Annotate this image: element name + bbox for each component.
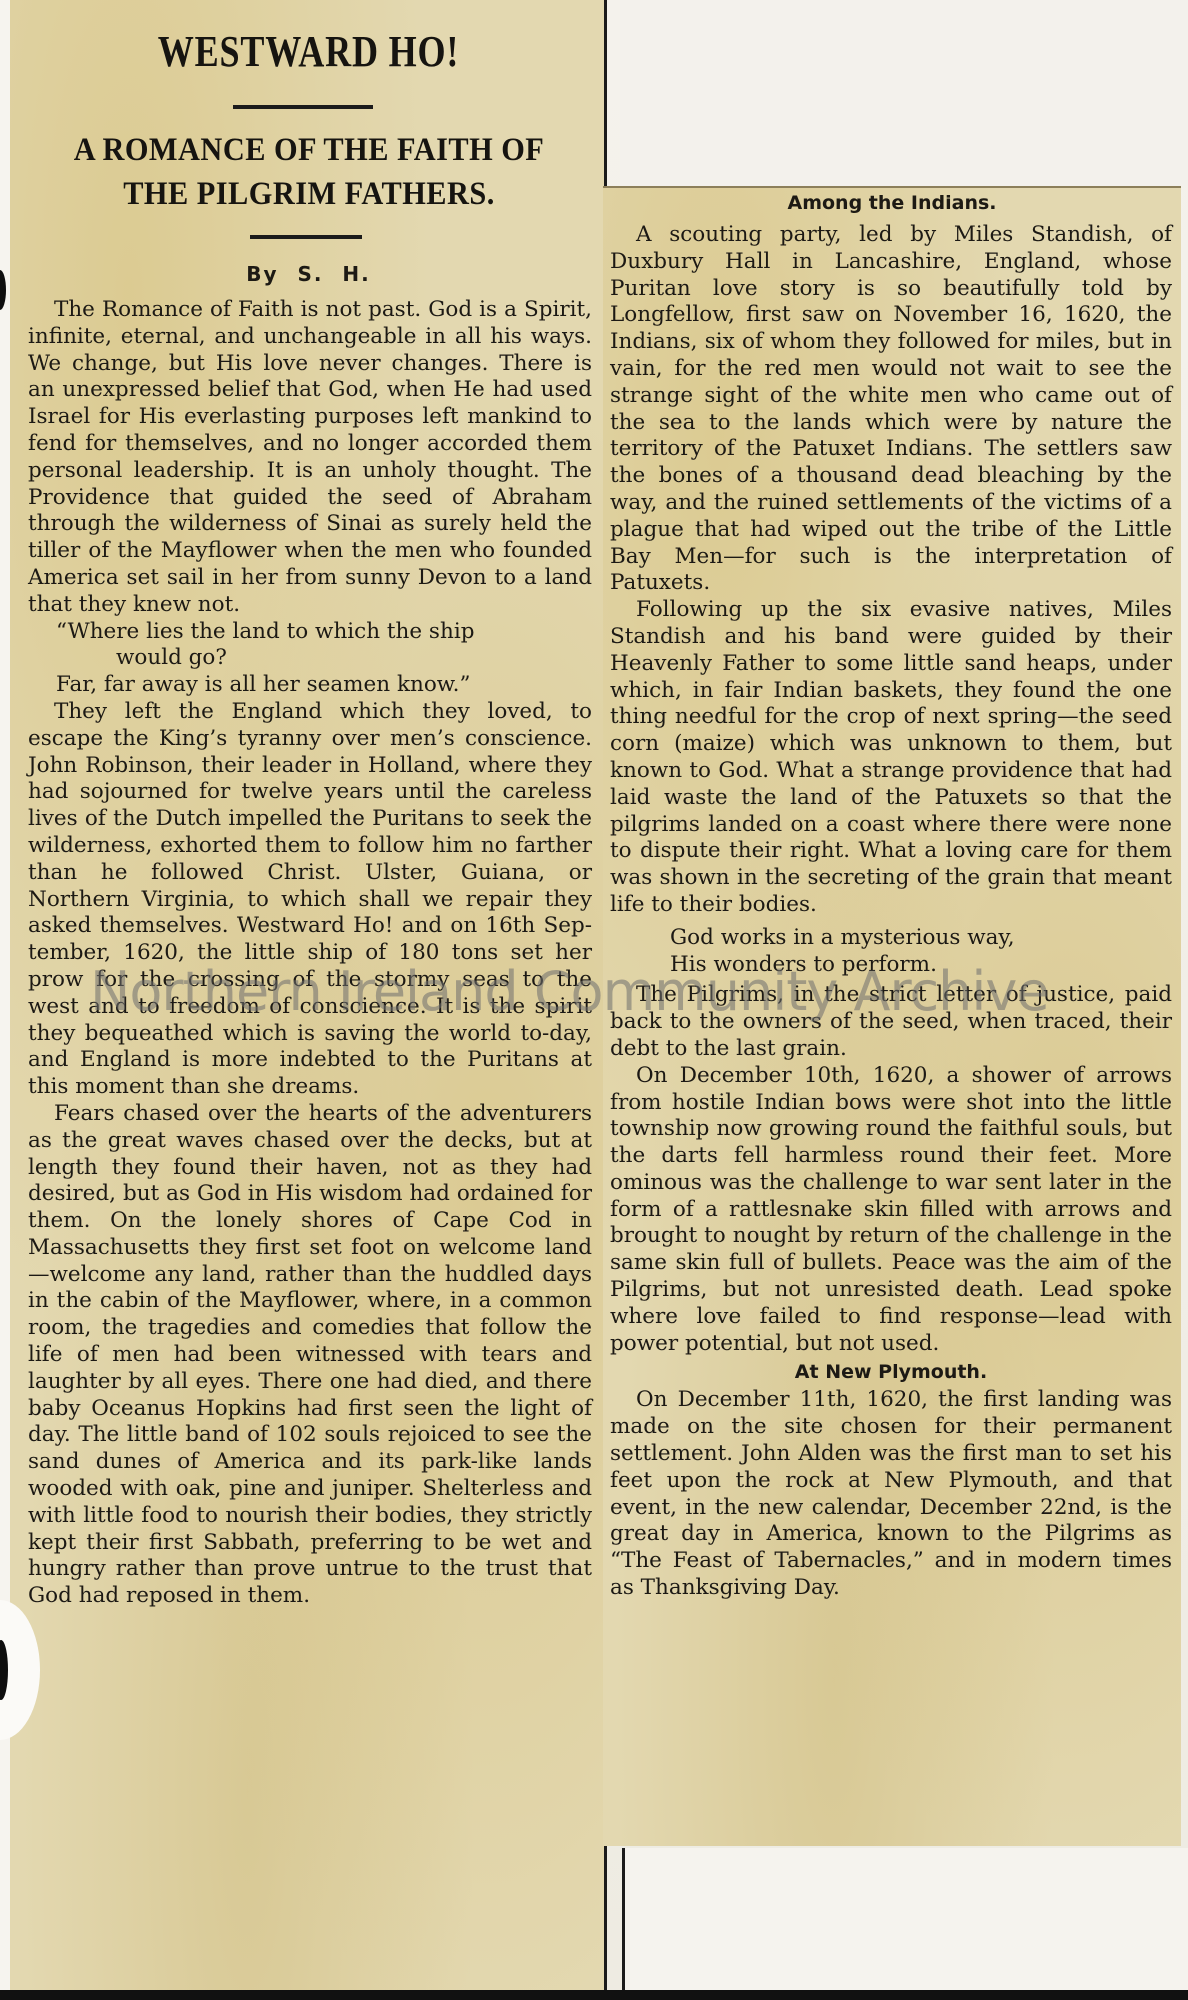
article-title: WESTWARD HO! <box>64 26 554 77</box>
verse-quote: “Where lies the land to which the ship w… <box>28 619 592 699</box>
section-heading-among-the-indians: Among the Indians. <box>603 190 1181 216</box>
title-divider <box>233 105 373 109</box>
verse-line: Far, far away is all her seamen know.” <box>28 672 592 699</box>
verse-line: would go? <box>28 645 592 672</box>
scan-bottom-edge <box>0 1990 1188 2000</box>
left-column-body: The Romance of Faith is not past. God is… <box>28 297 592 1610</box>
paragraph: They left the England which they loved, … <box>28 699 592 1101</box>
right-column-body: A scouting party, led by Miles Standish,… <box>610 222 1172 1602</box>
blank-paper-bottom-right <box>622 1848 1188 1990</box>
paragraph: The Romance of Faith is not past. God is… <box>28 297 592 619</box>
paragraph: The Pilgrims, in the strict letter of ju… <box>610 982 1172 1062</box>
verse-line: God works in a mysterious way, <box>610 925 1172 952</box>
verse-line: His wonders to perform. <box>610 952 1172 979</box>
article-subtitle: A ROMANCE OF THE FAITH OF THE PILGRIM FA… <box>38 128 581 216</box>
section-heading-at-new-plymouth: At New Plymouth. <box>610 1359 1172 1385</box>
subtitle-line-2: THE PILGRIM FATHERS. <box>38 172 581 216</box>
paragraph: Fears chased over the hearts of the ad­v… <box>28 1101 592 1610</box>
byline: By S. H. <box>10 262 607 286</box>
subtitle-divider <box>250 235 362 239</box>
verse-line: “Where lies the land to which the ship <box>28 619 592 646</box>
subtitle-line-1: A ROMANCE OF THE FAITH OF <box>38 128 581 172</box>
paragraph: Following up the six evasive natives, Mi… <box>610 597 1172 919</box>
paragraph: On December 11th, 1620, the first land­i… <box>610 1387 1172 1601</box>
verse-quote: God works in a mysterious way, His wonde… <box>610 925 1172 979</box>
paragraph: On December 10th, 1620, a shower of arro… <box>610 1063 1172 1358</box>
blank-paper-top-right <box>620 0 1188 186</box>
paragraph: A scouting party, led by Miles Standish,… <box>610 222 1172 597</box>
